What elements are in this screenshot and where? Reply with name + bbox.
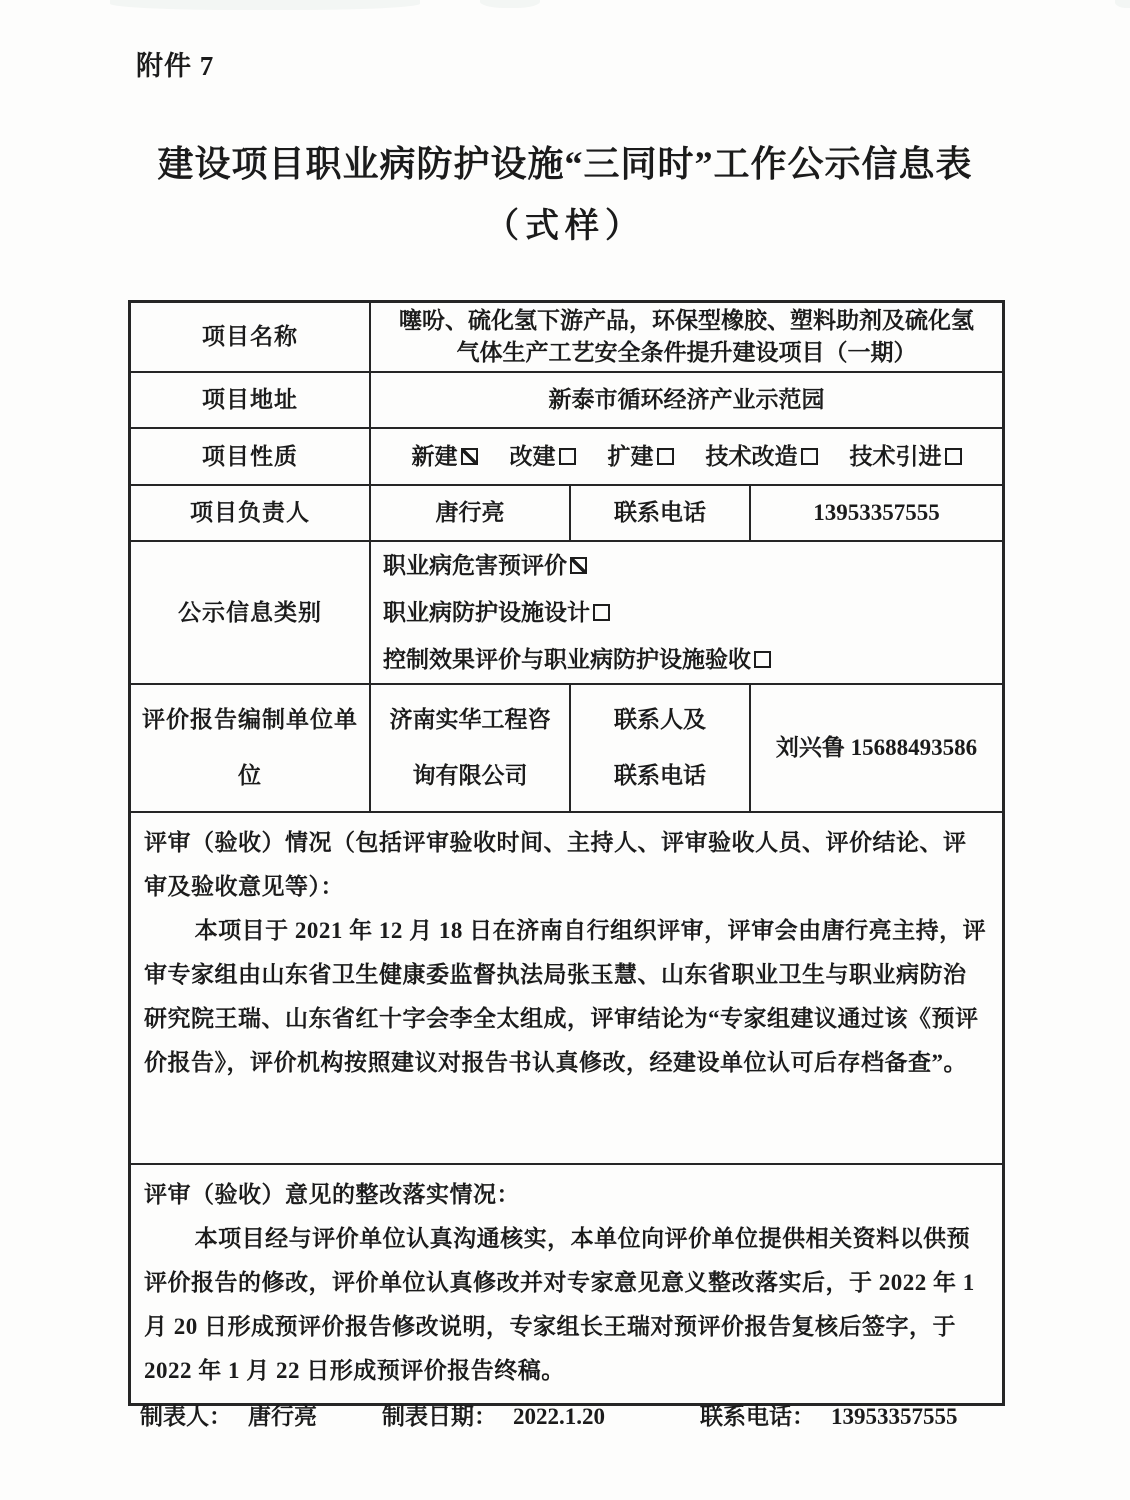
nature-option-tech-reform: 技术改造 xyxy=(706,441,818,473)
report-unit-label: 评价报告编制单位单 位 xyxy=(131,685,369,811)
footer-phone-value: 13953357555 xyxy=(831,1404,958,1429)
leader-phone-label: 联系电话 xyxy=(569,486,749,540)
scan-artifact xyxy=(110,0,420,10)
row-project-address: 项目地址 新泰市循环经济产业示范园 xyxy=(131,371,1002,427)
project-nature-options: 新建 改建 扩建 技术改造 技术引进 xyxy=(369,429,1002,484)
footer-date: 制表日期：2022.1.20 xyxy=(382,1398,605,1431)
nature-option-tech-import: 技术引进 xyxy=(850,441,962,473)
project-nature-label: 项目性质 xyxy=(131,429,369,484)
project-name-value: 噻吩、硫化氢下游产品，环保型橡胶、塑料助剂及硫化氢 气体生产工艺安全条件提升建设… xyxy=(369,303,1002,371)
checkbox-facility-design-icon xyxy=(593,604,610,621)
document-title: 建设项目职业病防护设施“三同时”工作公示信息表 xyxy=(0,136,1130,187)
checkbox-pre-evaluation-icon xyxy=(570,557,587,574)
project-leader-name: 唐行亮 xyxy=(369,486,569,540)
row-rectification-section: 评审（验收）意见的整改落实情况： 本项目经与评价单位认真沟通核实，本单位向评价单… xyxy=(131,1163,1002,1403)
project-name-line2: 气体生产工艺安全条件提升建设项目（一期） xyxy=(457,337,917,369)
rectification-section-heading: 评审（验收）意见的整改落实情况： xyxy=(144,1173,989,1217)
scan-artifact xyxy=(1115,0,1130,8)
footer-preparer: 制表人：唐行亮 xyxy=(140,1398,317,1431)
project-address-label: 项目地址 xyxy=(131,373,369,427)
publicity-option-pre-evaluation: 职业病危害预评价 xyxy=(383,542,587,589)
review-section-heading: 评审（验收）情况（包括评审验收时间、主持人、评审验收人员、评价结论、评审及验收意… xyxy=(144,821,989,909)
scanned-document-page: 附件 7 建设项目职业病防护设施“三同时”工作公示信息表 （式样） 项目名称 噻… xyxy=(0,0,1130,1500)
row-publicity-type: 公示信息类别 职业病危害预评价 职业病防护设施设计 控制效果评价与职业病防护设施… xyxy=(131,540,1002,683)
checkbox-new-icon xyxy=(461,448,478,465)
row-review-section: 评审（验收）情况（包括评审验收时间、主持人、评审验收人员、评价结论、评审及验收意… xyxy=(131,811,1002,1163)
checkbox-tech-reform-icon xyxy=(801,448,818,465)
project-address-value: 新泰市循环经济产业示范园 xyxy=(369,373,1002,427)
row-project-leader: 项目负责人 唐行亮 联系电话 13953357555 xyxy=(131,484,1002,540)
checkbox-expand-icon xyxy=(657,448,674,465)
attachment-number: 附件 7 xyxy=(136,44,214,83)
nature-option-rebuild: 改建 xyxy=(510,441,576,473)
project-name-line1: 噻吩、硫化氢下游产品，环保型橡胶、塑料助剂及硫化氢 xyxy=(399,305,974,337)
report-unit-contact-label: 联系人及 联系电话 xyxy=(569,685,749,811)
footer-phone: 联系电话：13953357555 xyxy=(700,1398,958,1431)
publicity-type-label: 公示信息类别 xyxy=(131,542,369,683)
rectification-section-paragraph: 本项目经与评价单位认真沟通核实，本单位向评价单位提供相关资料以供预评价报告的修改… xyxy=(144,1217,989,1393)
rectification-section: 评审（验收）意见的整改落实情况： 本项目经与评价单位认真沟通核实，本单位向评价单… xyxy=(131,1165,1002,1403)
footer-preparer-value: 唐行亮 xyxy=(248,1404,317,1429)
publicity-option-facility-design: 职业病防护设施设计 xyxy=(383,589,610,636)
checkbox-tech-import-icon xyxy=(945,448,962,465)
info-table: 项目名称 噻吩、硫化氢下游产品，环保型橡胶、塑料助剂及硫化氢 气体生产工艺安全条… xyxy=(128,300,1005,1406)
checkbox-rebuild-icon xyxy=(559,448,576,465)
review-section-paragraph: 本项目于 2021 年 12 月 18 日在济南自行组织评审，评审会由唐行亮主持… xyxy=(144,909,989,1085)
project-leader-label: 项目负责人 xyxy=(131,486,369,540)
nature-option-expand: 扩建 xyxy=(608,441,674,473)
publicity-type-options: 职业病危害预评价 职业病防护设施设计 控制效果评价与职业病防护设施验收 xyxy=(369,542,1002,683)
row-project-nature: 项目性质 新建 改建 扩建 技术改造 技术引进 xyxy=(131,427,1002,484)
leader-phone-value: 13953357555 xyxy=(749,486,1002,540)
document-subtitle: （式样） xyxy=(0,198,1130,247)
nature-option-new: 新建 xyxy=(412,441,478,473)
row-report-unit: 评价报告编制单位单 位 济南实华工程咨 询有限公司 联系人及 联系电话 刘兴鲁 … xyxy=(131,683,1002,811)
publicity-option-effect-acceptance: 控制效果评价与职业病防护设施验收 xyxy=(383,636,771,683)
project-name-label: 项目名称 xyxy=(131,303,369,371)
checkbox-effect-acceptance-icon xyxy=(754,651,771,668)
report-unit-name: 济南实华工程咨 询有限公司 xyxy=(369,685,569,811)
scan-artifact xyxy=(480,0,540,8)
review-section: 评审（验收）情况（包括评审验收时间、主持人、评审验收人员、评价结论、评审及验收意… xyxy=(131,813,1002,1163)
footer-date-value: 2022.1.20 xyxy=(513,1404,605,1429)
row-project-name: 项目名称 噻吩、硫化氢下游产品，环保型橡胶、塑料助剂及硫化氢 气体生产工艺安全条… xyxy=(131,303,1002,371)
report-unit-contact-value: 刘兴鲁 15688493586 xyxy=(749,685,1002,811)
